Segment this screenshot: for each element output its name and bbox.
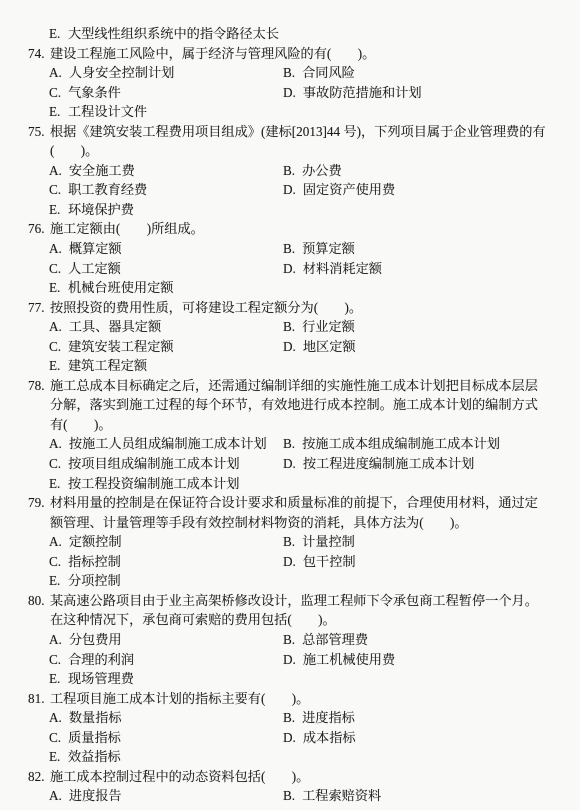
option-letter: B.	[283, 630, 295, 650]
option-d: D.包干控制	[283, 552, 550, 572]
question-stem: 75. 根据《建筑安装工程费用项目组成》(建标[2013]44 号)，下列项目属…	[28, 122, 550, 161]
question-82: 82. 施工成本控制过程中的动态资料包括( )。 A.进度报告 B.工程索赔资料	[28, 767, 550, 806]
option-b: B.行业定额	[283, 317, 550, 337]
options-grid: A.进度报告 B.工程索赔资料	[49, 786, 550, 806]
option-letter: D.	[283, 552, 296, 572]
option-c: C.建筑安装工程定额	[49, 337, 283, 357]
options-grid: A.按施工人员组成编制施工成本计划 B.按施工成本组成编制施工成本计划 C.按项…	[49, 434, 550, 493]
option-a: A.人身安全控制计划	[49, 63, 283, 83]
option-text: 人身安全控制计划	[69, 65, 175, 80]
question-text: 施工总成本目标确定之后，还需通过编制详细的实施性施工成本计划把目标成本层层分解，…	[50, 376, 546, 435]
orphan-option-line: E.大型线性组织系统中的指令路径太长	[49, 24, 550, 44]
option-text: 人工定额	[68, 261, 121, 276]
question-number: 77.	[28, 298, 50, 318]
option-letter: B.	[283, 786, 295, 806]
option-letter: E.	[49, 747, 61, 767]
options-grid: A.定额控制 B.计量控制 C.指标控制 D.包干控制 E.分项控制	[49, 532, 550, 591]
question-stem: 76. 施工定额由( )所组成。	[28, 219, 550, 239]
option-letter: A.	[49, 630, 62, 650]
option-letter: D.	[283, 259, 296, 279]
option-e: E.机械台班使用定额	[49, 278, 550, 298]
option-letter: C.	[49, 454, 61, 474]
option-text: 建筑安装工程定额	[68, 339, 174, 354]
option-letter: D.	[283, 180, 296, 200]
option-letter: A.	[49, 161, 62, 181]
option-a: A.进度报告	[49, 786, 283, 806]
option-text: 工程设计文件	[68, 104, 147, 119]
option-d: D.施工机械使用费	[283, 650, 550, 670]
option-c: C.人工定额	[49, 259, 283, 279]
option-letter: A.	[49, 786, 62, 806]
question-76: 76. 施工定额由( )所组成。 A.概算定额 B.预算定额 C.人工定额 D.…	[28, 219, 550, 297]
option-text: 计量控制	[302, 534, 355, 549]
option-text: 按工程投资编制施工成本计划	[68, 476, 239, 491]
option-a: A.定额控制	[49, 532, 283, 552]
option-text: 工具、器具定额	[69, 319, 161, 334]
option-e: E.现场管理费	[49, 669, 550, 689]
question-number: 74.	[28, 44, 50, 64]
option-letter: A.	[49, 532, 62, 552]
options-grid: A.安全施工费 B.办公费 C.职工教育经费 D.固定资产使用费 E.环境保护费	[49, 161, 550, 220]
question-80: 80. 某高速公路项目由于业主高架桥修改设计，监理工程师下令承包商工程暂停一个月…	[28, 591, 550, 689]
option-letter: E.	[49, 200, 61, 220]
question-text: 根据《建筑安装工程费用项目组成》(建标[2013]44 号)，下列项目属于企业管…	[50, 122, 546, 161]
option-text: 气象条件	[68, 85, 121, 100]
option-letter: E.	[49, 669, 61, 689]
option-c: C.指标控制	[49, 552, 283, 572]
option-text: 进度报告	[69, 788, 122, 803]
option-a: A.数量指标	[49, 708, 283, 728]
option-text: 效益指标	[68, 749, 121, 764]
option-letter: A.	[49, 239, 62, 259]
question-number: 81.	[28, 689, 50, 709]
option-text: 包干控制	[303, 554, 356, 569]
question-81: 81. 工程项目施工成本计划的指标主要有( )。 A.数量指标 B.进度指标 C…	[28, 689, 550, 767]
option-letter: E.	[49, 474, 61, 494]
option-letter: A.	[49, 317, 62, 337]
question-number: 75.	[28, 122, 50, 161]
option-letter: D.	[283, 83, 296, 103]
question-stem: 82. 施工成本控制过程中的动态资料包括( )。	[28, 767, 550, 787]
option-e: E.环境保护费	[49, 200, 550, 220]
option-b: B.总部管理费	[283, 630, 550, 650]
option-d: D.按工程进度编制施工成本计划	[283, 454, 550, 474]
option-text: 进度指标	[302, 710, 355, 725]
option-b: B.合同风险	[283, 63, 550, 83]
question-74: 74. 建设工程施工风险中，属于经济与管理风险的有( )。 A.人身安全控制计划…	[28, 44, 550, 122]
option-text: 按项目组成编制施工成本计划	[68, 456, 239, 471]
option-letter: B.	[283, 434, 295, 454]
option-letter: B.	[283, 239, 295, 259]
question-stem: 74. 建设工程施工风险中，属于经济与管理风险的有( )。	[28, 44, 550, 64]
question-text: 某高速公路项目由于业主高架桥修改设计，监理工程师下令承包商工程暂停一个月。在这种…	[50, 591, 546, 630]
question-text: 按照投资的费用性质，可将建设工程定额分为( )。	[50, 298, 546, 318]
option-b: B.进度指标	[283, 708, 550, 728]
question-text: 施工定额由( )所组成。	[50, 219, 546, 239]
option-c: C.质量指标	[49, 728, 283, 748]
option-d: D.事故防范措施和计划	[283, 83, 550, 103]
option-text: 总部管理费	[302, 632, 368, 647]
option-text: 按施工人员组成编制施工成本计划	[69, 436, 267, 451]
options-grid: A.分包费用 B.总部管理费 C.合理的利润 D.施工机械使用费 E.现场管理费	[49, 630, 550, 689]
question-stem: 81. 工程项目施工成本计划的指标主要有( )。	[28, 689, 550, 709]
option-text: 按工程进度编制施工成本计划	[303, 456, 474, 471]
option-b: B.按施工成本组成编制施工成本计划	[283, 434, 550, 454]
option-letter: E.	[49, 24, 61, 44]
option-text: 机械台班使用定额	[68, 280, 174, 295]
question-79: 79. 材料用量的控制是在保证符合设计要求和质量标准的前提下，合理使用材料，通过…	[28, 493, 550, 591]
option-text: 建筑工程定额	[68, 358, 147, 373]
option-text: 地区定额	[303, 339, 356, 354]
question-text: 工程项目施工成本计划的指标主要有( )。	[50, 689, 546, 709]
question-number: 78.	[28, 376, 50, 435]
option-text: 按施工成本组成编制施工成本计划	[302, 436, 500, 451]
options-grid: A.工具、器具定额 B.行业定额 C.建筑安装工程定额 D.地区定额 E.建筑工…	[49, 317, 550, 376]
option-e: E.建筑工程定额	[49, 356, 550, 376]
option-c: C.按项目组成编制施工成本计划	[49, 454, 283, 474]
option-text: 现场管理费	[68, 671, 134, 686]
question-text: 施工成本控制过程中的动态资料包括( )。	[50, 767, 546, 787]
option-e: E.工程设计文件	[49, 102, 550, 122]
option-letter: D.	[283, 337, 296, 357]
question-number: 82.	[28, 767, 50, 787]
option-letter: A.	[49, 708, 62, 728]
option-a: A.按施工人员组成编制施工成本计划	[49, 434, 283, 454]
option-text: 办公费	[302, 163, 342, 178]
question-stem: 78. 施工总成本目标确定之后，还需通过编制详细的实施性施工成本计划把目标成本层…	[28, 376, 550, 435]
option-letter: D.	[283, 728, 296, 748]
option-text: 事故防范措施和计划	[303, 85, 422, 100]
question-78: 78. 施工总成本目标确定之后，还需通过编制详细的实施性施工成本计划把目标成本层…	[28, 376, 550, 493]
option-text: 质量指标	[68, 730, 121, 745]
question-number: 79.	[28, 493, 50, 532]
option-text: 分包费用	[69, 632, 122, 647]
option-letter: E.	[49, 102, 61, 122]
option-letter: C.	[49, 259, 61, 279]
option-text: 环境保护费	[68, 202, 134, 217]
option-letter: B.	[283, 532, 295, 552]
option-letter: A.	[49, 63, 62, 83]
question-stem: 77. 按照投资的费用性质，可将建设工程定额分为( )。	[28, 298, 550, 318]
option-d: D.地区定额	[283, 337, 550, 357]
option-d: D.成本指标	[283, 728, 550, 748]
option-text: 安全施工费	[69, 163, 135, 178]
question-number: 80.	[28, 591, 50, 630]
option-letter: C.	[49, 83, 61, 103]
option-letter: C.	[49, 180, 61, 200]
option-letter: D.	[283, 650, 296, 670]
question-stem: 80. 某高速公路项目由于业主高架桥修改设计，监理工程师下令承包商工程暂停一个月…	[28, 591, 550, 630]
option-b: B.计量控制	[283, 532, 550, 552]
options-grid: A.人身安全控制计划 B.合同风险 C.气象条件 D.事故防范措施和计划 E.工…	[49, 63, 550, 122]
option-text: 合理的利润	[68, 652, 134, 667]
option-text: 分项控制	[68, 573, 121, 588]
option-d: D.固定资产使用费	[283, 180, 550, 200]
option-text: 定额控制	[69, 534, 122, 549]
option-letter: B.	[283, 63, 295, 83]
option-text: 工程索赔资料	[302, 788, 381, 803]
option-text: 施工机械使用费	[303, 652, 395, 667]
option-c: C.合理的利润	[49, 650, 283, 670]
option-letter: E.	[49, 571, 61, 591]
option-c: C.气象条件	[49, 83, 283, 103]
option-c: C.职工教育经费	[49, 180, 283, 200]
question-75: 75. 根据《建筑安装工程费用项目组成》(建标[2013]44 号)，下列项目属…	[28, 122, 550, 220]
option-text: 合同风险	[302, 65, 355, 80]
option-d: D.材料消耗定额	[283, 259, 550, 279]
options-grid: A.数量指标 B.进度指标 C.质量指标 D.成本指标 E.效益指标	[49, 708, 550, 767]
option-b: B.办公费	[283, 161, 550, 181]
option-text: 指标控制	[68, 554, 121, 569]
option-b: B.工程索赔资料	[283, 786, 550, 806]
option-letter: C.	[49, 337, 61, 357]
option-e: E.效益指标	[49, 747, 550, 767]
option-text: 大型线性组织系统中的指令路径太长	[68, 26, 279, 41]
option-letter: D.	[283, 454, 296, 474]
option-text: 行业定额	[302, 319, 355, 334]
option-b: B.预算定额	[283, 239, 550, 259]
option-a: A.概算定额	[49, 239, 283, 259]
option-text: 成本指标	[303, 730, 356, 745]
option-letter: B.	[283, 317, 295, 337]
option-letter: B.	[283, 161, 295, 181]
option-text: 固定资产使用费	[303, 182, 395, 197]
question-77: 77. 按照投资的费用性质，可将建设工程定额分为( )。 A.工具、器具定额 B…	[28, 298, 550, 376]
option-letter: C.	[49, 650, 61, 670]
option-text: 数量指标	[69, 710, 122, 725]
option-letter: A.	[49, 434, 62, 454]
option-letter: B.	[283, 708, 295, 728]
option-text: 材料消耗定额	[303, 261, 382, 276]
exam-page: E.大型线性组织系统中的指令路径太长 74. 建设工程施工风险中，属于经济与管理…	[0, 0, 580, 810]
option-letter: C.	[49, 552, 61, 572]
question-stem: 79. 材料用量的控制是在保证符合设计要求和质量标准的前提下，合理使用材料，通过…	[28, 493, 550, 532]
option-a: A.工具、器具定额	[49, 317, 283, 337]
option-a: A.安全施工费	[49, 161, 283, 181]
option-letter: E.	[49, 278, 61, 298]
option-letter: E.	[49, 356, 61, 376]
question-text: 材料用量的控制是在保证符合设计要求和质量标准的前提下，合理使用材料，通过定额管理…	[50, 493, 546, 532]
option-text: 职工教育经费	[68, 182, 147, 197]
option-letter: C.	[49, 728, 61, 748]
option-e-q73: E.大型线性组织系统中的指令路径太长	[49, 24, 550, 44]
option-text: 概算定额	[69, 241, 122, 256]
option-a: A.分包费用	[49, 630, 283, 650]
options-grid: A.概算定额 B.预算定额 C.人工定额 D.材料消耗定额 E.机械台班使用定额	[49, 239, 550, 298]
question-number: 76.	[28, 219, 50, 239]
option-e: E.分项控制	[49, 571, 550, 591]
question-text: 建设工程施工风险中，属于经济与管理风险的有( )。	[50, 44, 546, 64]
option-text: 预算定额	[302, 241, 355, 256]
option-e: E.按工程投资编制施工成本计划	[49, 474, 550, 494]
